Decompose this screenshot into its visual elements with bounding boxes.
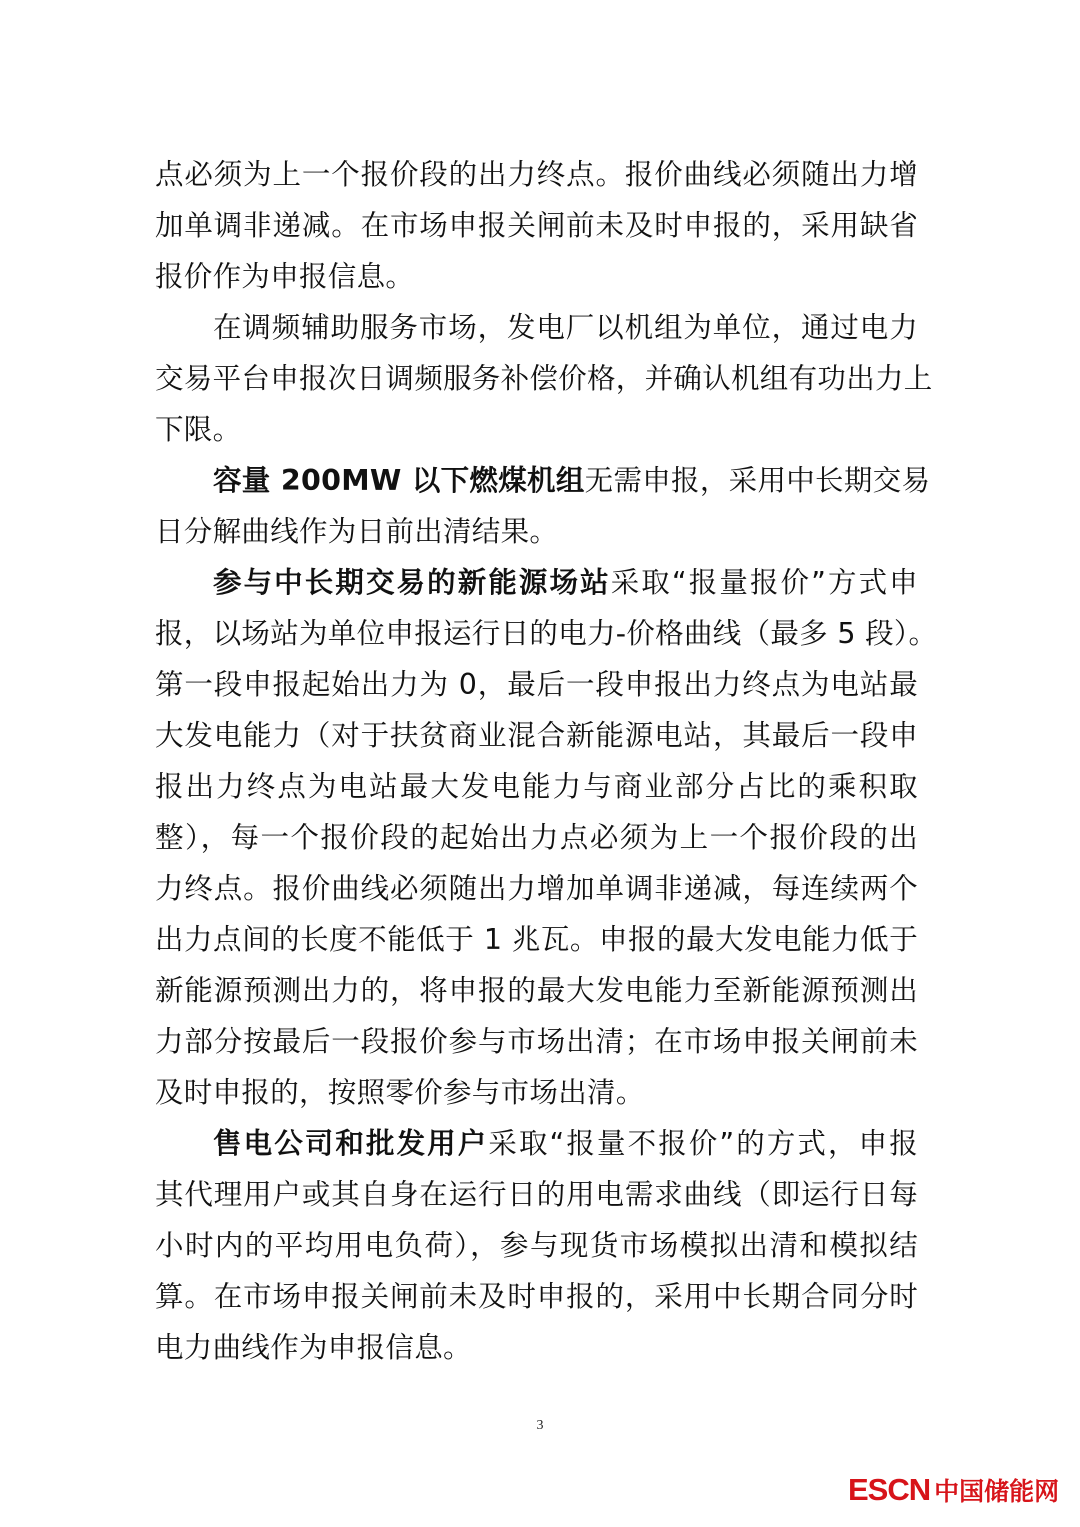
text-line: 参与中长期交易的新能源场站采取“报量报价”方式申 <box>213 566 918 600</box>
text-line: 小时内的平均用电负荷），参与现货市场模拟出清和模拟结 <box>155 1229 918 1263</box>
watermark-latin-text: ESCN <box>848 1472 930 1508</box>
line-text: 点必须为上一个报价段的出力终点。报价曲线必须随出力增 <box>155 158 918 191</box>
line-text: 算。在市场申报关闸前未及时申报的，采用中长期合同分时 <box>155 1280 918 1313</box>
text-line: 力终点。报价曲线必须随出力增加单调非递减，每连续两个 <box>155 872 918 906</box>
text-line: 电力曲线作为申报信息。 <box>155 1331 918 1365</box>
line-text: 在调频辅助服务市场，发电厂以机组为单位，通过电力 <box>213 311 918 344</box>
text-line: 日分解曲线作为日前出清结果。 <box>155 515 918 549</box>
text-line: 报价作为申报信息。 <box>155 260 918 294</box>
line-text: 交易平台申报次日调频服务补偿价格，并确认机组有功出力上 <box>155 362 933 395</box>
page-number: 3 <box>0 1418 1080 1434</box>
line-text: 无需申报，采用中长期交易 <box>585 464 931 497</box>
line-text: 及时申报的，按照零价参与市场出清。 <box>155 1076 645 1109</box>
line-text: 报出力终点为电站最大发电能力与商业部分占比的乘积取 <box>155 770 918 803</box>
text-line: 算。在市场申报关闸前未及时申报的，采用中长期合同分时 <box>155 1280 918 1314</box>
text-line: 容量 200MW 以下燃煤机组无需申报，采用中长期交易 <box>213 464 918 498</box>
text-line: 报，以场站为单位申报运行日的电力-价格曲线（最多 5 段）。 <box>155 617 918 651</box>
text-line: 在调频辅助服务市场，发电厂以机组为单位，通过电力 <box>213 311 918 345</box>
bold-heading-phrase: 参与中长期交易的新能源场站 <box>213 566 611 599</box>
line-text: 报价作为申报信息。 <box>155 260 414 293</box>
text-line: 第一段申报起始出力为 0，最后一段申报出力终点为电站最 <box>155 668 918 702</box>
text-line: 出力点间的长度不能低于 1 兆瓦。申报的最大发电能力低于 <box>155 923 918 957</box>
line-text: 报，以场站为单位申报运行日的电力-价格曲线（最多 5 段）。 <box>155 617 937 650</box>
text-line: 售电公司和批发用户采取“报量不报价”的方式，申报 <box>213 1127 918 1161</box>
line-text: 电力曲线作为申报信息。 <box>155 1331 472 1364</box>
line-text: 下限。 <box>155 413 241 446</box>
text-line: 力部分按最后一段报价参与市场出清；在市场申报关闸前未 <box>155 1025 918 1059</box>
bold-heading-phrase: 售电公司和批发用户 <box>213 1127 488 1160</box>
line-text: 力部分按最后一段报价参与市场出清；在市场申报关闸前未 <box>155 1025 918 1058</box>
line-text: 整），每一个报价段的起始出力点必须为上一个报价段的出 <box>155 821 918 854</box>
text-line: 新能源预测出力的，将申报的最大发电能力至新能源预测出 <box>155 974 918 1008</box>
text-line: 交易平台申报次日调频服务补偿价格，并确认机组有功出力上 <box>155 362 918 396</box>
line-text: 新能源预测出力的，将申报的最大发电能力至新能源预测出 <box>155 974 918 1007</box>
text-line: 大发电能力（对于扶贫商业混合新能源电站，其最后一段申 <box>155 719 918 753</box>
line-text: 出力点间的长度不能低于 1 兆瓦。申报的最大发电能力低于 <box>155 923 918 956</box>
line-text: 第一段申报起始出力为 0，最后一段申报出力终点为电站最 <box>155 668 918 701</box>
line-text: 其代理用户或其自身在运行日的用电需求曲线（即运行日每 <box>155 1178 918 1211</box>
line-text: 加单调非递减。在市场申报关闸前未及时申报的，采用缺省 <box>155 209 918 242</box>
line-text: 日分解曲线作为日前出清结果。 <box>155 515 558 548</box>
line-text: 采取“报量报价”方式申 <box>611 566 918 599</box>
text-line: 加单调非递减。在市场申报关闸前未及时申报的，采用缺省 <box>155 209 918 243</box>
text-line: 整），每一个报价段的起始出力点必须为上一个报价段的出 <box>155 821 918 855</box>
escn-watermark-logo: ESCN 中国储能网 <box>848 1473 1059 1507</box>
text-line: 点必须为上一个报价段的出力终点。报价曲线必须随出力增 <box>155 158 918 192</box>
text-line: 报出力终点为电站最大发电能力与商业部分占比的乘积取 <box>155 770 918 804</box>
line-text: 采取“报量不报价”的方式，申报 <box>488 1127 918 1160</box>
text-line: 及时申报的，按照零价参与市场出清。 <box>155 1076 918 1110</box>
text-line: 下限。 <box>155 413 918 447</box>
bold-heading-phrase: 容量 200MW 以下燃煤机组 <box>213 464 585 497</box>
line-text: 力终点。报价曲线必须随出力增加单调非递减，每连续两个 <box>155 872 918 905</box>
document-page: 点必须为上一个报价段的出力终点。报价曲线必须随出力增加单调非递减。在市场申报关闸… <box>0 0 1080 1527</box>
watermark-chinese-text: 中国储能网 <box>934 1472 1059 1508</box>
text-line: 其代理用户或其自身在运行日的用电需求曲线（即运行日每 <box>155 1178 918 1212</box>
line-text: 大发电能力（对于扶贫商业混合新能源电站，其最后一段申 <box>155 719 918 752</box>
line-text: 小时内的平均用电负荷），参与现货市场模拟出清和模拟结 <box>155 1229 918 1262</box>
